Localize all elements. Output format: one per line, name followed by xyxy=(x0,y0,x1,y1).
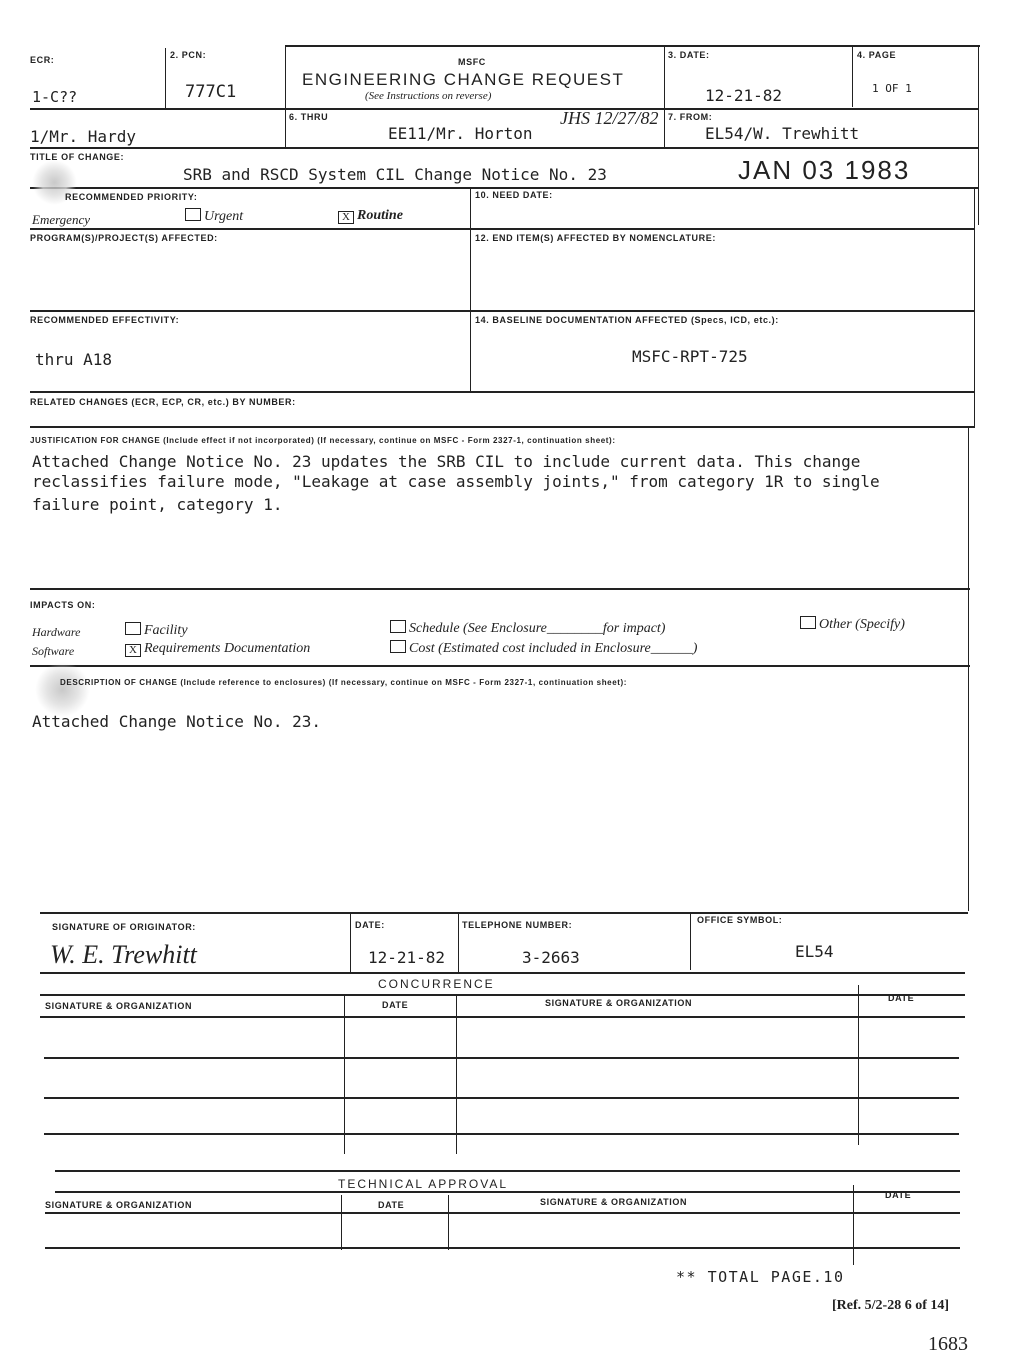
rule xyxy=(40,994,965,996)
impacts-label: IMPACTS ON: xyxy=(30,600,95,610)
page-value: 1 OF 1 xyxy=(872,82,912,95)
rule xyxy=(285,45,980,47)
thru-label: 6. THRU xyxy=(289,112,328,122)
rule xyxy=(30,426,975,428)
thru-initials: JHS 12/27/82 xyxy=(560,108,659,129)
impact-schedule-option[interactable]: Schedule (See Enclosure________for impac… xyxy=(390,620,665,637)
date-value: 12-21-82 xyxy=(705,86,782,105)
rule xyxy=(690,912,691,970)
rule xyxy=(30,588,970,590)
ecr-number-value: 1-C?? xyxy=(32,88,77,106)
page-label: 4. PAGE xyxy=(857,50,896,60)
rule xyxy=(858,985,859,1145)
schedule-label: Schedule (See Enclosure________for impac… xyxy=(409,621,665,636)
rule xyxy=(30,108,978,110)
rule xyxy=(456,994,457,1154)
rule xyxy=(664,45,665,147)
form-title: ENGINEERING CHANGE REQUEST xyxy=(302,70,624,90)
technical-col-signature: SIGNATURE & ORGANIZATION xyxy=(45,1200,192,1210)
routine-checkbox[interactable]: X xyxy=(338,211,354,224)
related-changes-label: RELATED CHANGES (ECR, ECP, CR, etc.) BY … xyxy=(30,397,296,407)
rule xyxy=(30,310,975,312)
effectivity-value: thru A18 xyxy=(35,350,112,369)
justification-line-1: Attached Change Notice No. 23 updates th… xyxy=(32,452,860,471)
impact-software: Software xyxy=(32,644,74,659)
title-of-change-label: TITLE OF CHANGE: xyxy=(30,152,124,162)
technical-col-signature-2: SIGNATURE & ORGANIZATION xyxy=(540,1197,687,1207)
rule xyxy=(55,1191,960,1193)
effectivity-label: RECOMMENDED EFFECTIVITY: xyxy=(30,315,179,325)
cost-label: Cost (Estimated cost included in Enclosu… xyxy=(409,641,697,656)
baseline-label: 14. BASELINE DOCUMENTATION AFFECTED (Spe… xyxy=(475,315,779,325)
ecr-number-label: ECR: xyxy=(30,55,54,65)
rule xyxy=(350,914,351,974)
date-label: 3. DATE: xyxy=(668,50,710,60)
reference-note: [Ref. 5/2-28 6 of 14] xyxy=(832,1298,949,1314)
rule xyxy=(344,994,345,1154)
rule xyxy=(30,147,978,149)
technical-col-date-2: DATE xyxy=(885,1190,911,1200)
requirements-checkbox[interactable]: X xyxy=(125,644,141,657)
rule xyxy=(978,45,979,225)
other-checkbox[interactable] xyxy=(800,616,816,629)
other-label: Other (Specify) xyxy=(819,617,905,632)
received-date-stamp: JAN 03 1983 xyxy=(738,155,910,186)
priority-label: RECOMMENDED PRIORITY: xyxy=(65,192,197,202)
impact-other-option[interactable]: Other (Specify) xyxy=(800,616,905,633)
priority-emergency: Emergency xyxy=(32,212,90,228)
punch-hole-smudge xyxy=(35,662,90,717)
programs-label: PROGRAM(S)/PROJECT(S) AFFECTED: xyxy=(30,233,218,243)
rule xyxy=(44,1097,959,1099)
cost-checkbox[interactable] xyxy=(390,640,406,653)
rule xyxy=(30,187,978,189)
thru-value: EE11/Mr. Horton xyxy=(388,124,533,143)
rule xyxy=(448,1195,449,1250)
rule xyxy=(285,45,286,147)
requirements-label: Requirements Documentation xyxy=(144,641,310,656)
concurrence-col-date-2: DATE xyxy=(888,993,914,1003)
rule xyxy=(853,1185,854,1265)
rule xyxy=(458,914,459,974)
fax-total-pages: ** TOTAL PAGE.10 xyxy=(676,1268,845,1286)
rule xyxy=(30,391,975,393)
from-value: EL54/W. Trewhitt xyxy=(705,124,859,143)
originator-date-value: 12-21-82 xyxy=(368,948,445,967)
facility-label: Facility xyxy=(144,623,188,638)
rule xyxy=(40,972,965,974)
facility-checkbox[interactable] xyxy=(125,622,141,635)
originator-signature: W. E. Trewhitt xyxy=(50,940,197,970)
concurrence-col-signature: SIGNATURE & ORGANIZATION xyxy=(45,1001,192,1011)
priority-routine-option[interactable]: XRoutine xyxy=(338,208,403,224)
concurrence-col-date: DATE xyxy=(382,1000,408,1010)
rule xyxy=(44,1057,959,1059)
rule xyxy=(165,48,166,110)
form-subtitle: (See Instructions on reverse) xyxy=(365,90,491,102)
pcn-label: 2. PCN: xyxy=(170,50,206,60)
urgent-label: Urgent xyxy=(204,209,243,224)
rule xyxy=(470,187,471,392)
rule xyxy=(30,665,970,667)
justification-line-3: failure point, category 1. xyxy=(32,495,282,514)
technical-col-date: DATE xyxy=(378,1200,404,1210)
rule xyxy=(55,1170,960,1172)
justification-line-2: reclassifies failure mode, "Leakage at c… xyxy=(32,472,880,491)
concurrence-heading: CONCURRENCE xyxy=(378,977,495,991)
page-number: 1683 xyxy=(928,1333,968,1356)
justification-label: JUSTIFICATION FOR CHANGE (Include effect… xyxy=(30,436,616,445)
impact-cost-option[interactable]: Cost (Estimated cost included in Enclosu… xyxy=(390,640,697,657)
telephone-value: 3-2663 xyxy=(522,948,580,967)
impact-facility-option[interactable]: Facility xyxy=(125,622,188,639)
schedule-checkbox[interactable] xyxy=(390,620,406,633)
rule xyxy=(44,1133,959,1135)
rule xyxy=(30,228,975,230)
urgent-checkbox[interactable] xyxy=(185,208,201,221)
rule xyxy=(852,45,853,107)
originator-date-label: DATE: xyxy=(355,920,385,930)
description-value: Attached Change Notice No. 23. xyxy=(32,712,321,731)
routine-label: Routine xyxy=(357,208,403,223)
need-date-label: 10. NEED DATE: xyxy=(475,190,553,200)
originator-signature-label: SIGNATURE OF ORIGINATOR: xyxy=(52,922,196,932)
rule xyxy=(45,1247,960,1249)
rule xyxy=(40,1016,965,1018)
rule xyxy=(45,1212,960,1214)
office-symbol-label: OFFICE SYMBOL: xyxy=(697,915,782,925)
description-label: DESCRIPTION OF CHANGE (Include reference… xyxy=(60,678,627,687)
impact-requirements-option[interactable]: XRequirements Documentation xyxy=(125,641,310,657)
technical-approval-heading: TECHNICAL APPROVAL xyxy=(338,1177,508,1191)
office-symbol-value: EL54 xyxy=(795,942,834,961)
impact-hardware: Hardware xyxy=(32,625,80,640)
rule xyxy=(341,1195,342,1250)
end-items-label: 12. END ITEM(S) AFFECTED BY NOMENCLATURE… xyxy=(475,233,716,243)
pcn-value: 777C1 xyxy=(185,82,236,102)
agency-label: MSFC xyxy=(458,57,486,67)
rule xyxy=(40,912,968,914)
telephone-label: TELEPHONE NUMBER: xyxy=(462,920,572,930)
from-label: 7. FROM: xyxy=(668,112,712,122)
priority-urgent-option[interactable]: Urgent xyxy=(185,208,243,225)
to-value: 1/Mr. Hardy xyxy=(30,127,136,146)
title-of-change-value: SRB and RSCD System CIL Change Notice No… xyxy=(183,165,607,184)
baseline-value: MSFC-RPT-725 xyxy=(632,347,748,366)
rule xyxy=(968,426,969,911)
concurrence-col-signature-2: SIGNATURE & ORGANIZATION xyxy=(545,998,692,1008)
